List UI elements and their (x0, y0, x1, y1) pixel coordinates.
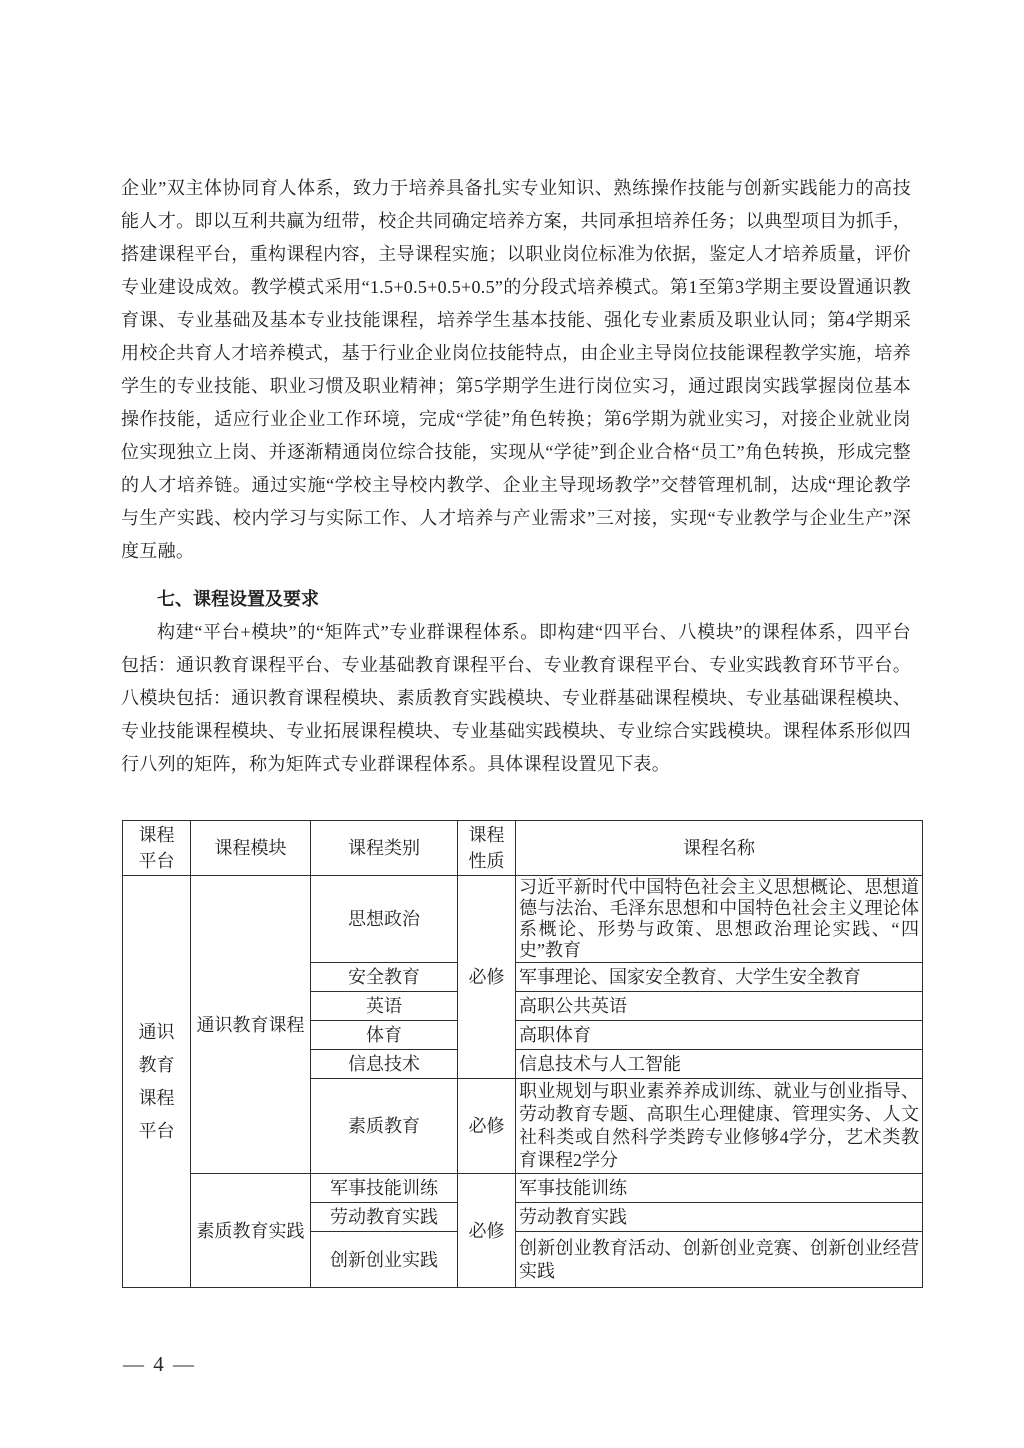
cell-module-quality-practice: 素质教育实践 (191, 1174, 311, 1288)
table-row-ideology: 通识 教育 课程 平台 通识教育课程 思想政治 必修 习近平新时代中国特色社会主… (123, 876, 923, 963)
page-number: — 4 — (123, 1352, 196, 1377)
table-header-row: 课程 平台 课程模块 课程类别 课程 性质 课程名称 (123, 821, 923, 876)
cell-name-english: 高职公共英语 (516, 992, 923, 1021)
cell-category-labor: 劳动教育实践 (311, 1203, 458, 1232)
cell-nature-required-2: 必修 (458, 1079, 516, 1174)
cell-category-pe: 体育 (311, 1021, 458, 1050)
table-row-military: 素质教育实践 军事技能训练 必修 军事技能训练 (123, 1174, 923, 1203)
cell-module-general-courses: 通识教育课程 (191, 876, 311, 1174)
document-page: { "document": { "paragraph1": "企业”双主体协同育… (0, 0, 1024, 1448)
cell-name-safety: 军事理论、国家安全教育、大学生安全教育 (516, 963, 923, 992)
cell-name-labor: 劳动教育实践 (516, 1203, 923, 1232)
cell-nature-required-1: 必修 (458, 876, 516, 1079)
cell-category-innovation: 创新创业实践 (311, 1232, 458, 1288)
paragraph-training-system: 企业”双主体协同育人体系，致力于培养具备扎实专业知识、熟练操作技能与创新实践能力… (121, 172, 911, 568)
cell-category-english: 英语 (311, 992, 458, 1021)
header-course-module: 课程模块 (191, 821, 311, 876)
body-text: 企业”双主体协同育人体系，致力于培养具备扎实专业知识、熟练操作技能与创新实践能力… (121, 172, 911, 781)
paragraph-platform-modules: 构建“平台+模块”的“矩阵式”专业群课程体系。即构建“四平台、八模块”的课程体系… (121, 616, 911, 781)
cell-name-quality: 职业规划与职业素养养成训练、就业与创业指导、劳动教育专题、高职生心理健康、管理实… (516, 1079, 923, 1174)
cell-category-ideology: 思想政治 (311, 876, 458, 963)
cell-platform-general-education: 通识 教育 课程 平台 (123, 876, 191, 1288)
cell-nature-required-3: 必修 (458, 1174, 516, 1288)
cell-name-ideology: 习近平新时代中国特色社会主义思想概论、思想道德与法治、毛泽东思想和中国特色社会主… (516, 876, 923, 963)
cell-name-pe: 高职体育 (516, 1021, 923, 1050)
curriculum-table-container: 课程 平台 课程模块 课程类别 课程 性质 课程名称 通识 教育 课程 平台 通… (122, 820, 922, 1288)
curriculum-table: 课程 平台 课程模块 课程类别 课程 性质 课程名称 通识 教育 课程 平台 通… (122, 820, 923, 1288)
cell-name-it: 信息技术与人工智能 (516, 1050, 923, 1079)
header-course-platform: 课程 平台 (123, 821, 191, 876)
cell-category-quality: 素质教育 (311, 1079, 458, 1174)
cell-category-it: 信息技术 (311, 1050, 458, 1079)
cell-name-military: 军事技能训练 (516, 1174, 923, 1203)
section-heading-course-setup: 七、课程设置及要求 (121, 583, 911, 616)
cell-category-military: 军事技能训练 (311, 1174, 458, 1203)
header-course-name: 课程名称 (516, 821, 923, 876)
cell-category-safety: 安全教育 (311, 963, 458, 992)
header-course-nature: 课程 性质 (458, 821, 516, 876)
header-course-category: 课程类别 (311, 821, 458, 876)
cell-name-innovation: 创新创业教育活动、创新创业竞赛、创新创业经营实践 (516, 1232, 923, 1288)
